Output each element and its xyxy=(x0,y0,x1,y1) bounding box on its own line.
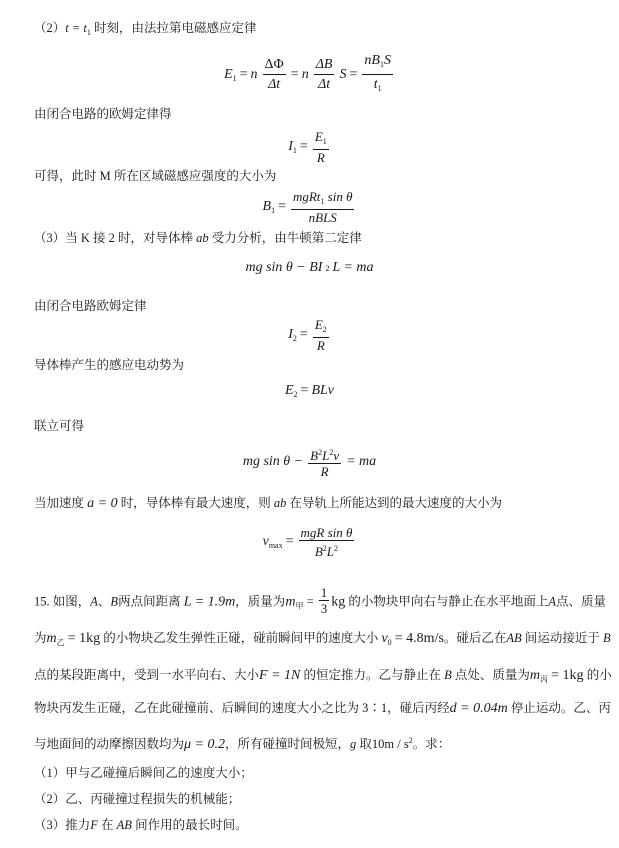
equation-i2: I2 = E2R xyxy=(0,318,619,352)
problem15-line1: 15. 如图，A、B两点间距离 L = 1.9m，质量为m甲 = 13kg 的小… xyxy=(34,590,606,615)
max-velocity-text: 当加速度 a = 0 时，导体棒有最大速度，则 ab 在导轨上所能达到的最大速度… xyxy=(34,495,502,512)
problem15-line5: 与地面间的动摩擦因数均为μ = 0.2，所有碰撞时间极短，g 取10m / s2… xyxy=(34,733,450,753)
equation-b1: B1 = mgRt1 sin θnBLS xyxy=(0,190,619,224)
question-2: （2）乙、丙碰撞过程损失的机械能； xyxy=(34,791,240,807)
problem-number: 15. xyxy=(34,594,50,608)
part-label: （2） xyxy=(34,21,65,35)
math-t: t = t xyxy=(65,21,87,35)
ohm-law-text-2: 由闭合电路欧姆定律 xyxy=(34,298,147,314)
question-1: （1）甲与乙碰撞后瞬间乙的速度大小； xyxy=(34,765,253,781)
combine-text: 联立可得 xyxy=(34,418,84,434)
emf-text: 导体棒产生的感应电动势为 xyxy=(34,357,184,373)
equation-combined: mg sin θ − B2L2vR = ma xyxy=(0,446,619,478)
math-sub: 1 xyxy=(87,28,91,37)
problem15-line2: 为m乙 = 1kg 的小物块乙发生弹性正碰，碰前瞬间甲的速度大小 v0 = 4.… xyxy=(34,630,611,651)
ohm-law-text: 由闭合电路的欧姆定律得 xyxy=(34,106,172,122)
equation-vmax: vmax = mgR sin θB2L2 xyxy=(0,526,619,558)
problem15-line3: 点的某段距离中，受到一水平向右、大小F = 1N 的恒定推力。乙与静止在 B 点… xyxy=(34,667,612,688)
equation-e2: E2 =BLv xyxy=(0,383,619,399)
equation-newton: mg sin θ − BI2L = ma xyxy=(0,260,619,276)
part3-intro: （3）当 K 接 2 时，对导体棒 ab 受力分析，由牛顿第二定律 xyxy=(34,230,362,246)
question-3: （3）推力F 在 AB 间作用的最长时间。 xyxy=(34,817,248,833)
problem15-line4: 物块丙发生正碰，乙在此碰撞前、后瞬间的速度大小之比为 3∶1，碰后丙经d = 0… xyxy=(34,700,611,717)
equation-e1: E1 =n ΔΦΔt =n ΔBΔt S = nB1St1 xyxy=(0,52,619,97)
part2-intro: （2）t = t1 时刻，由法拉第电磁感应定律 xyxy=(34,20,257,41)
equation-i1: I1 = E1R xyxy=(0,130,619,164)
b-field-text: 可得，此时 M 所在区域磁感应强度的大小为 xyxy=(34,168,276,184)
intro-text: 时刻，由法拉第电磁感应定律 xyxy=(94,21,257,35)
